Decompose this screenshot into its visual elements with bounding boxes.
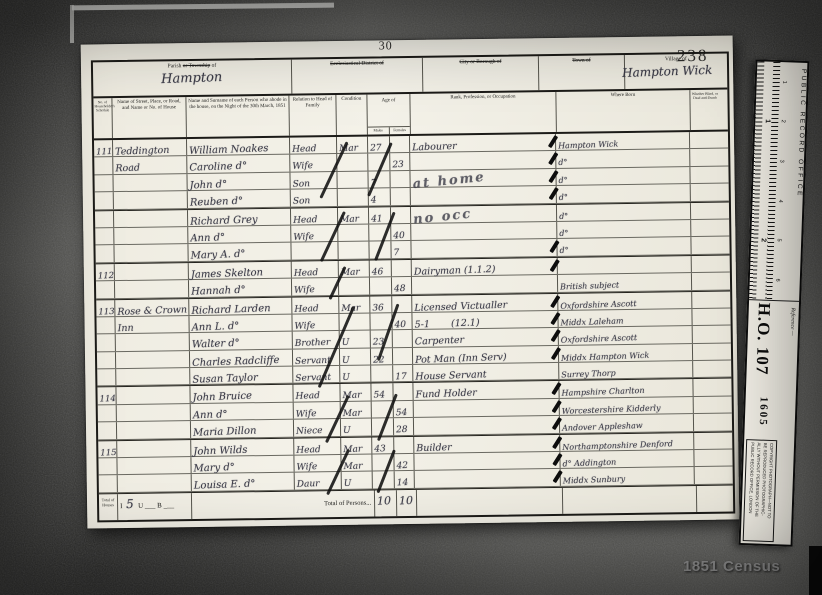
entry-age_m: 4 [371,196,377,206]
cell-relation: Wife [290,154,337,171]
entry-age_m: 41 [371,214,383,224]
cell-schedule: 111 [94,140,113,157]
cell-schedule [98,458,117,475]
empty-cell [697,485,726,511]
cell-relation: Servant [293,366,340,383]
cell-street: Inn [115,316,189,333]
cell-occupation [411,186,557,204]
entry-schedule: 114 [99,394,116,405]
piece-number: 1605 [757,396,770,426]
cell-name: Maria Dillon [191,420,294,438]
cell-occupation: Pot Man (Inn Serv) [413,346,559,364]
cell-occupation: at home [410,169,556,187]
entry-born: d° [559,246,568,255]
entry-age_m: 36 [372,303,384,313]
cell-blind [694,414,723,431]
cell-born: Worcestershire Kidderly [560,397,694,415]
entry-born: d° [559,211,568,220]
cell-occupation [411,222,557,240]
entry-age_m: 43 [374,444,386,454]
entry-condition: U [342,338,350,348]
cell-born: d° [557,184,691,202]
cell-occupation: Licensed Victualler [412,293,558,311]
cell-blind [695,467,724,484]
entry-street: Road [115,163,140,175]
houses-i-label: I [120,502,122,510]
cell-blind [694,432,723,449]
cell-street [116,333,190,350]
copyright-notice: COPYRIGHT PHOTOGRAPH—NOT TOBE REPRODUCED… [743,439,778,542]
entry-born: d° [559,229,568,238]
cell-occupation [410,151,556,169]
cell-born: d° [556,167,690,185]
entry-occupation: Carpenter [415,335,465,348]
entry-born: d° [559,193,568,202]
cell-condition: U [340,331,371,348]
col-blind-header: Whether Blind, or Deaf-and-Dumb [690,90,720,130]
cell-age_f: 48 [392,277,412,294]
cell-occupation: Carpenter [413,328,559,346]
entry-age_f: 42 [396,461,408,471]
cell-name: Louisa E. d° [192,473,295,491]
photo-edge-highlight [72,3,334,11]
total-females-cell: 10 [397,490,417,516]
cell-name: Caroline d° [187,155,290,173]
total-persons-label: Total of Persons... [324,499,371,507]
entry-born: Oxfordshire Ascott [560,299,637,311]
cell-condition [338,189,369,206]
cell-born: d° [557,237,691,255]
entry-schedule: 113 [98,306,115,317]
cell-schedule [95,245,114,262]
cell-occupation: 5-1 (12.1) [412,311,558,329]
entry-age_f: 54 [396,408,408,418]
cell-occupation: no occ [411,205,557,223]
cell-age_m [370,277,392,294]
entry-relation: Son [292,179,310,190]
cell-schedule [99,476,118,493]
cell-blind [690,132,719,149]
cell-street [116,368,190,385]
entry-name: Mary A. d° [190,249,245,262]
cell-name: Richard Grey [188,208,291,226]
cell-schedule [95,192,114,209]
cell-schedule [96,317,115,334]
entry-age_f: 14 [397,478,409,488]
caption-1851-census: 1851 Census [683,558,780,575]
col-street-header: Name of Street, Place, or Road, and Name… [112,97,187,138]
ruler-text: 6 [774,279,780,282]
cell-relation: Head [292,297,339,314]
cell-age_f: 54 [394,401,414,418]
cell-name: Mary d° [191,456,294,474]
entry-age_f: 40 [393,231,405,241]
cell-age_f: 7 [391,241,411,258]
col-relation-header: Relation to Head of Family [289,95,337,136]
cell-blind [692,309,721,326]
cell-relation: Head [293,384,340,401]
folio-number-top: 30 [379,38,393,53]
cell-schedule [98,422,117,439]
census-table: Parish or Township of Hampton Ecclesiast… [91,52,735,523]
total-persons-label-cell: Total of Persons... [192,490,375,519]
entry-condition: U [342,373,350,383]
cell-age_f: 23 [390,153,410,170]
entry-name: Louisa E. d° [194,479,256,492]
scanned-photo: 30 238 Parish or Township of Hampton Ecc… [0,0,822,595]
cell-name: Reuben d° [188,190,291,208]
cell-street: Teddington [113,139,187,156]
cell-born: Hampshire Charlton [559,380,693,398]
village-value: Hampton Wick [622,63,713,80]
entry-relation: Son [293,196,311,207]
col-occupation-header: Rank, Profession, or Occupation [410,92,557,134]
cell-blind [694,450,723,467]
cell-occupation: Builder [414,435,560,453]
cell-schedule: 114 [97,388,116,405]
entry-age_m: 46 [372,267,384,277]
entry-name: Caroline d° [189,161,247,174]
cell-age_f [391,188,411,205]
cell-schedule [94,158,113,175]
entry-schedule: 115 [100,448,117,459]
ruler-scales: 12 123456 PUBLIC RECORD OFFICE [749,61,807,302]
entry-relation: Head [294,268,319,279]
cell-occupation: Fund Holder [413,381,559,399]
entry-born: Oxfordshire Ascott [561,333,638,345]
entry-relation: Wife [294,285,315,296]
entry-born: d° [558,158,567,167]
cell-occupation [414,452,560,470]
cell-born: d° [557,203,691,221]
entry-relation: Wife [293,232,314,243]
reference-box: Reference — H.O. 107 1605 [744,300,799,438]
entry-relation: Head [292,144,317,155]
cell-schedule [95,211,114,228]
entry-street: Inn [117,323,133,335]
district-label: Ecclesiastical District of [292,60,422,68]
city-label: City or Borough of [423,58,538,66]
entry-relation: Daur [297,479,320,490]
cell-age_f: 14 [395,471,415,488]
cell-name: Ann L. d° [189,315,292,333]
cell-condition: U [340,366,371,383]
cell-name: John Wilds [191,438,294,456]
cell-name: Richard Larden [189,297,292,315]
cell-blind [693,343,722,360]
entry-born: Middx Hampton Wick [561,350,649,362]
entry-relation: Niece [296,426,323,437]
entry-condition: Mar [343,462,362,473]
cell-blind [694,397,723,414]
entry-condition: U [343,426,351,436]
entry-born: Middx Laleham [560,316,623,327]
cell-street [116,351,190,368]
cell-name: Charles Radcliffe [190,349,293,367]
cell-age_f: 17 [393,365,413,382]
census-rows: 111TeddingtonWilliam NoakesHeadMar27Labo… [94,132,733,494]
cell-occupation: Dairyman (1.1.2) [412,258,558,276]
entry-age_m: 27 [370,143,382,153]
houses-count-cell: I 5 U ___ B ___ [118,493,192,520]
cell-born: d° [557,220,691,238]
total-males: 10 [377,494,391,507]
cell-name: John d° [187,172,290,190]
cell-street [117,457,191,474]
cell-street [118,474,192,491]
reference-label: Reference — [789,308,796,336]
cell-blind [690,166,719,183]
cell-street [114,210,188,227]
cell-occupation [411,239,557,257]
cell-born: Andover Appleshaw [560,414,694,432]
cell-age_m [371,365,393,382]
cell-name: Mary A. d° [188,243,291,261]
cell-schedule [94,175,113,192]
cell-born: Northamptonshire Denford [560,433,694,451]
cell-age_m: 54 [371,384,393,401]
parish-value: Hampton [161,70,223,87]
cell-street [117,421,191,438]
cell-name: Ann d° [188,226,291,244]
houses-count: 5 [126,497,134,511]
ruler-text: 2 [780,120,786,123]
col-males-header: Males [368,128,390,135]
col-name-header: Name and Surname of each Person who abod… [186,96,290,137]
entry-schedule: 112 [98,271,115,282]
entry-name: John d° [189,179,227,191]
cell-condition [338,225,369,242]
cell-born: d° [556,149,690,167]
cell-condition: U [342,472,373,489]
cell-blind [691,184,720,201]
ruler-text: 2 [759,238,766,242]
district-cell: Ecclesiastical District of [292,58,423,94]
entry-born: Surrey Thorp [561,369,616,380]
entry-relation: Wife [296,462,317,473]
cell-schedule: 113 [96,300,115,317]
cell-street: Road [113,156,187,173]
cell-relation: Head [294,438,341,455]
cell-blind [692,291,721,308]
cell-relation: Head [290,137,337,154]
cell-born: Middx Hampton Wick [559,344,693,362]
cell-blind [693,379,722,396]
cell-blind [692,255,721,272]
cell-born: Oxfordshire Ascott [559,326,693,344]
cell-born [558,256,692,274]
cell-relation: Wife [294,455,341,472]
empty-cell [563,486,697,514]
cell-condition [339,278,370,295]
cell-schedule: 115 [98,441,117,458]
cell-blind [693,361,722,378]
cell-name: Susan Taylor [190,367,293,385]
ruler-text: 3 [778,160,784,163]
photo-edge-bar [809,546,822,595]
cell-relation: Wife [292,314,339,331]
cell-age_f [392,260,412,277]
cell-condition [338,242,369,259]
cell-name: John Bruice [190,385,293,403]
entry-age_f: 28 [396,425,408,435]
entry-occupation: Builder [416,442,452,454]
town-cell: Town of [539,55,625,90]
cell-condition: U [340,348,371,365]
entry-name: Ann d° [190,232,225,244]
census-page: 30 238 Parish or Township of Hampton Ecc… [81,35,740,528]
cell-street [115,280,189,297]
age-subheaders: Males Females [368,126,410,134]
cell-name: William Noakes [187,138,290,156]
cell-relation: Head [292,261,339,278]
entry-occupation: Labourer [412,141,457,154]
cell-street: Rose & Crown [115,299,189,316]
cell-name: Walter d° [190,332,293,350]
cell-street [114,244,188,261]
houses-ub-label: U ___ B ___ [138,501,174,510]
entry-born: Hampshire Charlton [561,386,644,398]
cell-schedule [97,369,116,386]
entry-born: Hampton Wick [558,139,618,150]
town-label: Town of [539,57,624,64]
entry-age_m: 54 [373,391,385,401]
reference-number: H.O. 107 [751,302,774,375]
cell-relation: Wife [294,402,341,419]
entry-name: John Bruice [192,391,252,404]
cell-condition: Mar [339,296,370,313]
cell-schedule [95,228,114,245]
cell-relation [291,242,338,259]
entry-name: Mary d° [193,462,235,474]
cell-schedule [96,281,115,298]
total-males-cell: 10 [375,490,397,516]
cell-occupation [414,416,560,434]
cell-street [117,440,191,457]
entry-age_f: 23 [392,160,404,170]
entry-relation: Wife [296,409,317,420]
entry-name: John Wilds [193,444,247,457]
cell-blind [690,149,719,166]
cell-blind [691,202,720,219]
entry-condition: U [342,355,350,365]
cell-blind [691,220,720,237]
cell-age_m: 36 [370,296,392,313]
cell-occupation [412,275,558,293]
cell-schedule [98,405,117,422]
cell-schedule: 112 [96,264,115,281]
ruler-text: 1 [781,80,787,83]
cell-condition: U [341,419,372,436]
entry-relation: Head [294,304,319,315]
entry-relation: Head [293,215,318,226]
cell-schedule [97,352,116,369]
entry-relation: Wife [294,321,315,332]
ruler-text: 4 [777,199,783,202]
entry-born: Worcestershire Kidderly [562,403,661,415]
cell-blind [691,237,720,254]
entry-age_f: 48 [394,284,406,294]
entry-born: Middx Sunbury [563,475,626,486]
cell-age_f [390,136,410,153]
entry-relation: Servant [295,355,331,366]
entry-born: Andover Appleshaw [562,421,643,433]
entry-schedule: 111 [96,147,113,158]
entry-name: Reuben d° [190,196,244,209]
pro-reference-strip: 12 123456 PUBLIC RECORD OFFICE Reference… [739,59,810,547]
cell-born: Hampton Wick [556,132,690,150]
col-age-header: Age of Males Females [367,94,411,135]
ruler-text: 1 [763,119,770,123]
cell-born: Surrey Thorp [559,361,693,379]
entry-occupation: House Servant [415,369,487,382]
cell-street [114,227,188,244]
cell-born: British subject [558,273,692,291]
entry-relation: Brother [295,338,331,349]
ruler-text: 5 [776,239,782,242]
col-schedule-header: No. of Householder's Schedule [93,98,113,138]
entry-age_f: 40 [394,320,406,330]
city-cell: City or Borough of [423,56,539,92]
cell-age_m: 46 [370,260,392,277]
cell-name: James Skelton [189,261,292,279]
cell-name: Hannah d° [189,279,292,297]
total-females: 10 [399,494,413,507]
entry-name: Walter d° [192,338,240,351]
parish-label: Parish or Township of [93,62,291,71]
cell-age_f [393,330,413,347]
cell-born: Middx Sunbury [561,467,695,485]
entry-age_f: 7 [393,248,399,258]
empty-cell [417,488,563,516]
entry-street: Teddington [115,145,170,158]
cell-born: Middx Laleham [558,309,692,327]
cell-occupation [414,399,560,417]
cell-blind [693,326,722,343]
cell-name: Ann d° [191,402,294,420]
cell-age_f: 28 [394,418,414,435]
col-condition-header: Condition [336,95,368,135]
cell-age_f [394,437,414,454]
entry-age_f: 17 [395,372,407,382]
col-born-header: Where Born [556,90,691,132]
entry-name: Maria Dillon [193,426,257,439]
cell-age_f: 42 [394,454,414,471]
cell-born: Oxfordshire Ascott [558,292,692,310]
total-houses-cell: Total of Houses [99,494,118,520]
photo-edge-highlight [70,5,74,43]
entry-relation: Head [296,445,321,456]
cell-street [114,191,188,208]
cell-occupation: Labourer [410,134,556,152]
col-females-header: Females [389,127,410,134]
cell-age_f: 40 [391,224,411,241]
cell-born: d° Addington [560,450,694,468]
cell-street [113,174,187,191]
parish-cell: Parish or Township of Hampton [93,60,292,97]
cell-age_f [390,171,410,188]
entry-condition: Mar [343,408,362,419]
cell-schedule [97,334,116,351]
cell-relation: Brother [293,331,340,348]
cell-relation: Head [291,208,338,225]
entry-name: Susan Taylor [192,373,258,386]
cell-street [115,263,189,280]
cell-blind [692,273,721,290]
cell-street [117,404,191,421]
entry-relation: Head [295,391,320,402]
cell-age_f [393,348,413,365]
